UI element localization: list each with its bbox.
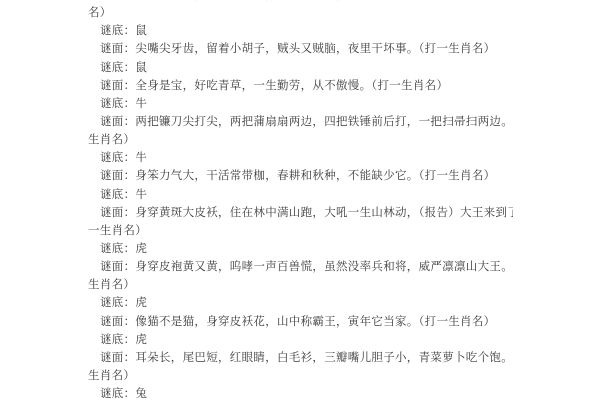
riddle-question: 谜面：尖嘴尖牙齿，留着小胡子，贼头又贼脑，夜里干坏事。（打一生肖名） bbox=[88, 39, 513, 57]
riddle-question: 谜面：两把镰刀尖打尖，两把蒲扇扇两边，四把铁锤前后打，一把扫帚扫两边。（打一 bbox=[88, 112, 513, 130]
text-line: 生肖名） bbox=[88, 366, 513, 384]
riddle-question: 谜面：身穿黄斑大皮袄，住在林中满山跑，大吼一生山林动，（报告）大王来到了。（打 bbox=[88, 203, 513, 221]
riddle-question: 谜面：身笨力气大，干活常带枷，春耕和秋种，不能缺少它。（打一生肖名） bbox=[88, 166, 513, 184]
riddle-answer: 谜底：鼠 bbox=[88, 58, 513, 76]
document-page: 谜面：尖嘴尖牙齿，留着小胡子，贼头又贼脑，夜里干坏事。（打一生肖 名） 谜底：鼠… bbox=[0, 0, 600, 400]
riddle-answer: 谜底：虎 bbox=[88, 330, 513, 348]
riddle-question: 谜面：身穿皮袍黄又黄，呜哮一声百兽慌，虽然没率兵和将，威严凛凛山大王。（打一 bbox=[88, 257, 513, 275]
riddle-question: 谜面：耳朵长，尾巴短，红眼睛，白毛衫，三瓣嘴儿胆子小，青菜萝卜吃个饱。（打一 bbox=[88, 348, 513, 366]
text-line: 名） bbox=[88, 3, 513, 21]
riddle-answer: 谜底：牛 bbox=[88, 185, 513, 203]
text-line: 生肖名） bbox=[88, 275, 513, 293]
riddle-answer: 谜底：兔 bbox=[88, 384, 513, 400]
riddle-answer: 谜底：鼠 bbox=[88, 21, 513, 39]
riddle-document: 谜面：尖嘴尖牙齿，留着小胡子，贼头又贼脑，夜里干坏事。（打一生肖 名） 谜底：鼠… bbox=[88, 0, 513, 400]
text-line: 生肖名） bbox=[88, 130, 513, 148]
riddle-question: 谜面：全身是宝，好吃青草，一生勤劳，从不傲慢。（打一生肖名） bbox=[88, 76, 513, 94]
text-line: 一生肖名） bbox=[88, 221, 513, 239]
riddle-answer: 谜底：牛 bbox=[88, 148, 513, 166]
riddle-answer: 谜底：牛 bbox=[88, 94, 513, 112]
riddle-answer: 谜底：虎 bbox=[88, 239, 513, 257]
riddle-answer: 谜底：虎 bbox=[88, 293, 513, 311]
riddle-question: 谜面：像猫不是猫，身穿皮袄花，山中称霸王，寅年它当家。（打一生肖名） bbox=[88, 312, 513, 330]
text-line-partial: 谜面：尖嘴尖牙齿，留着小胡子，贼头又贼脑，夜里干坏事。（打一生肖 bbox=[88, 0, 513, 3]
